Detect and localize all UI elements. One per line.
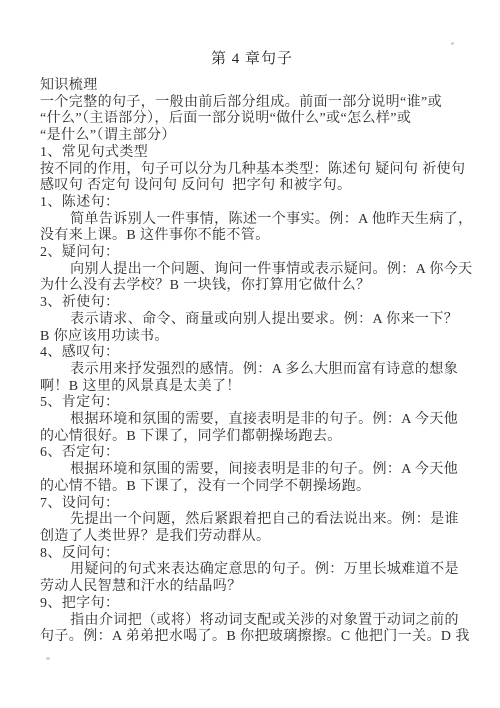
text-line: 向别人提出一个问题、询问一件事情或表示疑问。例：A 你今天	[40, 262, 464, 279]
text-line: 的心情不错。B 下课了，没有一个同学不朝操场跑。	[40, 479, 464, 496]
text-line: 按不同的作用，句子可以分为几种基本类型：陈述句 疑问句 祈使句	[40, 162, 464, 179]
text-line: 创造了人类世界？是我们劳动群从。	[40, 529, 464, 546]
item-heading: 5、肯定句：	[40, 395, 464, 412]
text-line: 感叹句 否定句 设问句 反问句 把字句 和被字句。	[40, 178, 464, 195]
text-line: 劳动人民智慧和汗水的结晶吗？	[40, 579, 464, 596]
item-heading: 9、把字句：	[40, 596, 464, 613]
text-line: B 你应该用功读书。	[40, 329, 464, 346]
item-heading: 7、设问句：	[40, 496, 464, 513]
text-line: 根据环境和氛围的需要，直接表明是非的句子。例：A 今天他	[40, 412, 464, 429]
scan-artifact-dot	[46, 657, 50, 660]
text-line: 指由介词把（或将）将动词支配或关涉的对象置于动词之前的	[40, 613, 464, 630]
item-heading: 6、否定句：	[40, 445, 464, 462]
text-line: 根据环境和氛围的需要，间接表明是非的句子。例：A 今天他	[40, 462, 464, 479]
item-heading: 2、疑问句：	[40, 245, 464, 262]
text-line: 简单告诉别人一件事情，陈述一个事实。例：A 他昨天生病了，	[40, 212, 464, 229]
item-heading: 3、祈使句：	[40, 295, 464, 312]
text-line: 没有来上课。B 这件事你不能不管。	[40, 228, 464, 245]
document-page: 第 4 章句子 知识梳理 一个完整的句子，一般由前后部分组成。前面一部分说明“谁…	[0, 0, 500, 708]
text-line: 表示请求、命令、商量或向别人提出要求。例：A 你来一下？	[40, 312, 464, 329]
item-heading: 8、反问句：	[40, 546, 464, 563]
text-line: “什么”（主语部分），后面一部分说明“做什么”或“怎么样”或	[40, 111, 464, 128]
text-line: 为什么没有去学校？B 一块钱，你打算用它做什么？	[40, 278, 464, 295]
text-line: 表示用来抒发强烈的感情。例：A 多么大胆而富有诗意的想象	[40, 362, 464, 379]
scan-artifact-dot	[451, 42, 454, 45]
text-line: 一个完整的句子，一般由前后部分组成。前面一部分说明“谁”或	[40, 95, 464, 112]
document-content: 第 4 章句子 知识梳理 一个完整的句子，一般由前后部分组成。前面一部分说明“谁…	[40, 50, 464, 646]
section-heading: 知识梳理	[40, 78, 464, 95]
text-line: 的心情很好。B 下课了，同学们都朝操场跑去。	[40, 429, 464, 446]
text-line: 先提出一个问题，然后紧跟着把自己的看法说出来。例：是谁	[40, 512, 464, 529]
item-heading: 4、感叹句：	[40, 345, 464, 362]
subsection-heading: 1、常见句式类型	[40, 145, 464, 162]
text-line: 用疑问的句式来表达确定意思的句子。例：万里长城难道不是	[40, 562, 464, 579]
text-line: 啊！B 这里的风景真是太美了！	[40, 379, 464, 396]
text-line: 句子。例：A 弟弟把水喝了。B 你把玻璃擦擦。C 他把门一关。D 我	[40, 629, 464, 646]
item-heading: 1、陈述句：	[40, 195, 464, 212]
chapter-title: 第 4 章句子	[40, 50, 464, 68]
text-line: “是什么”（谓主部分）	[40, 128, 464, 145]
